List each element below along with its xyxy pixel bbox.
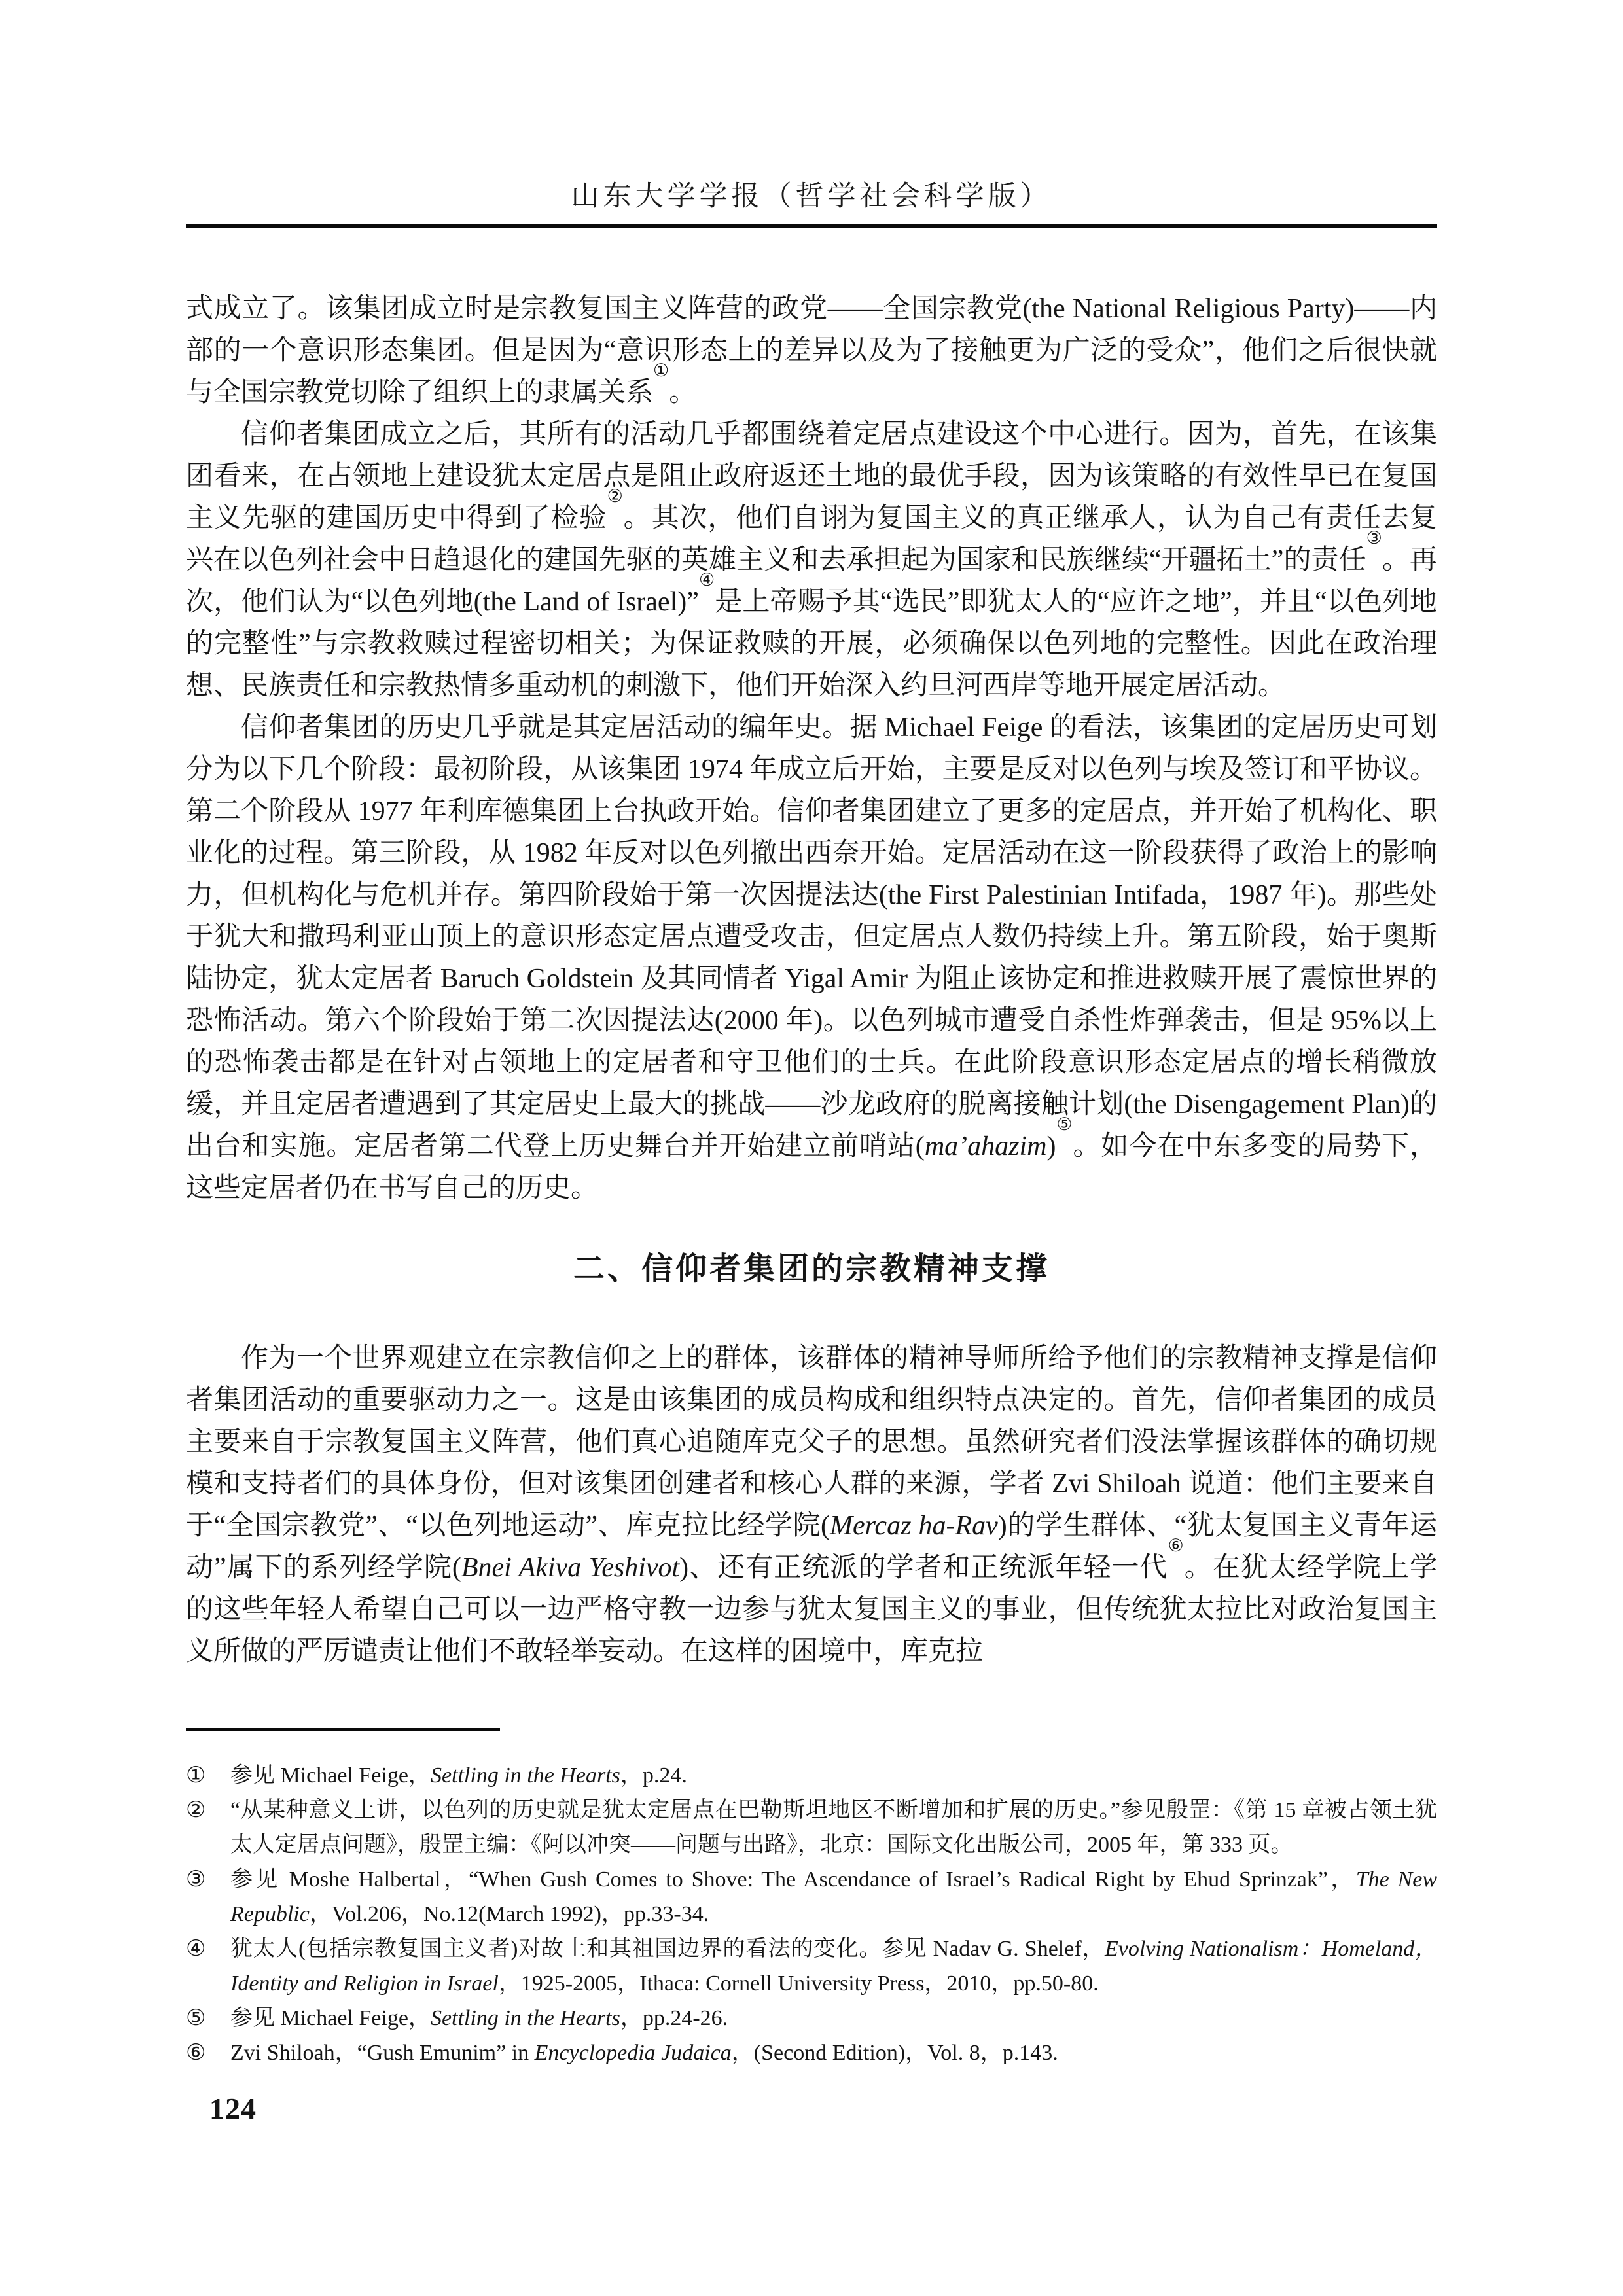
italic-term: ma’ahazim — [925, 1131, 1047, 1161]
section-heading: 二、信仰者集团的宗教精神支撑 — [186, 1248, 1437, 1290]
footnote-marker: ⑤ — [186, 2001, 230, 2036]
text-run: 式成立了。该集团成立时是宗教复国主义阵营的政党——全国宗教党(the Natio… — [186, 294, 1437, 408]
text-run: ，1925-2005，Ithaca: Cornell University Pr… — [499, 1971, 1099, 1996]
footnote-marker: ③ — [186, 1862, 230, 1897]
footnote-marker: ① — [186, 1758, 230, 1793]
footnote-text: “从某种意义上讲，以色列的历史就是犹太定居点在巴勒斯坦地区不断增加和扩展的历史。… — [230, 1793, 1437, 1862]
footnote-item: ⑤参见 Michael Feige，Settling in the Hearts… — [186, 2001, 1437, 2036]
footnote-marker: ② — [186, 1793, 230, 1828]
footnote-item: ②“从某种意义上讲，以色列的历史就是犹太定居点在巴勒斯坦地区不断增加和扩展的历史… — [186, 1793, 1437, 1862]
footnote-marker: ④ — [186, 1932, 230, 1966]
body-paragraph: 信仰者集团的历史几乎就是其定居活动的编年史。据 Michael Feige 的看… — [186, 707, 1437, 1209]
text-run: Zvi Shiloah，“Gush Emunim” in — [230, 2041, 535, 2065]
footnote-list: ①参见 Michael Feige，Settling in the Hearts… — [186, 1758, 1437, 2070]
italic-term: Settling in the Hearts — [431, 2006, 620, 2030]
footnote-marker: ⑥ — [186, 2036, 230, 2070]
text-run: ，(Second Edition)，Vol. 8，p.143. — [732, 2041, 1058, 2065]
footnote-ref: ① — [653, 361, 669, 380]
text-run: ) — [1046, 1131, 1056, 1161]
footnote-ref: ⑤ — [1056, 1114, 1073, 1134]
text-run: 信仰者集团的历史几乎就是其定居活动的编年史。据 Michael Feige 的看… — [186, 713, 1437, 1161]
text-run: 参见 Michael Feige， — [230, 1763, 431, 1788]
text-run: )、还有正统派的学者和正统派年轻一代 — [679, 1553, 1168, 1583]
footnote-block: ①参见 Michael Feige，Settling in the Hearts… — [186, 1728, 1437, 2070]
footnote-ref: ③ — [1366, 528, 1382, 548]
footnote-ref: ④ — [699, 570, 715, 590]
text-run: 。 — [669, 378, 696, 408]
text-run: ，p.24. — [620, 1763, 687, 1788]
text-run: “从某种意义上讲，以色列的历史就是犹太定居点在巴勒斯坦地区不断增加和扩展的历史。… — [230, 1798, 1437, 1857]
text-run: 参见 Michael Feige， — [230, 2006, 431, 2030]
body-paragraph: 作为一个世界观建立在宗教信仰之上的群体，该群体的精神导师所给予他们的宗教精神支撑… — [186, 1337, 1437, 1672]
journal-page: 山东大学学报（哲学社会科学版） 式成立了。该集团成立时是宗教复国主义阵营的政党—… — [0, 0, 1623, 2296]
text-run: 参见 Moshe Halbertal，“When Gush Comes to S… — [230, 1867, 1356, 1892]
footnote-text: Zvi Shiloah，“Gush Emunim” in Encyclopedi… — [230, 2036, 1437, 2070]
footnote-item: ①参见 Michael Feige，Settling in the Hearts… — [186, 1758, 1437, 1793]
text-run: 犹太人(包括宗教复国主义者)对故土和其祖国边界的看法的变化。参见 Nadav G… — [230, 1937, 1105, 1961]
footnote-item: ③参见 Moshe Halbertal，“When Gush Comes to … — [186, 1862, 1437, 1932]
italic-term: Encyclopedia Judaica — [535, 2041, 732, 2065]
body-paragraph: 式成立了。该集团成立时是宗教复国主义阵营的政党——全国宗教党(the Natio… — [186, 288, 1437, 414]
footnote-ref: ② — [607, 486, 624, 506]
journal-title: 山东大学学报（哲学社会科学版） — [0, 0, 1623, 214]
text-run: ，pp.24-26. — [620, 2006, 728, 2030]
footnote-item: ⑥Zvi Shiloah，“Gush Emunim” in Encycloped… — [186, 2036, 1437, 2070]
article-body: 式成立了。该集团成立时是宗教复国主义阵营的政党——全国宗教党(the Natio… — [186, 228, 1437, 1672]
footnote-item: ④犹太人(包括宗教复国主义者)对故土和其祖国边界的看法的变化。参见 Nadav … — [186, 1932, 1437, 2001]
italic-term: Mercaz ha-Rav — [830, 1511, 998, 1541]
footnote-text: 参见 Michael Feige，Settling in the Hearts，… — [230, 2001, 1437, 2036]
body-paragraph: 信仰者集团成立之后，其所有的活动几乎都围绕着定居点建设这个中心进行。因为，首先，… — [186, 414, 1437, 707]
footnote-separator-rule — [186, 1728, 500, 1731]
paragraphs-after-heading: 作为一个世界观建立在宗教信仰之上的群体，该群体的精神导师所给予他们的宗教精神支撑… — [186, 1337, 1437, 1672]
footnote-text: 犹太人(包括宗教复国主义者)对故土和其祖国边界的看法的变化。参见 Nadav G… — [230, 1932, 1437, 2001]
italic-term: Settling in the Hearts — [431, 1763, 620, 1788]
italic-term: Bnei Akiva Yeshivot — [461, 1553, 679, 1583]
page-number: 124 — [209, 2091, 257, 2126]
footnote-text: 参见 Moshe Halbertal，“When Gush Comes to S… — [230, 1862, 1437, 1932]
text-run: ，Vol.206，No.12(March 1992)，pp.33-34. — [310, 1902, 709, 1926]
journal-header: 山东大学学报（哲学社会科学版） — [0, 0, 1623, 228]
footnote-ref: ⑥ — [1168, 1536, 1185, 1555]
footnote-text: 参见 Michael Feige，Settling in the Hearts，… — [230, 1758, 1437, 1793]
paragraphs-before-heading: 式成立了。该集团成立时是宗教复国主义阵营的政党——全国宗教党(the Natio… — [186, 288, 1437, 1209]
